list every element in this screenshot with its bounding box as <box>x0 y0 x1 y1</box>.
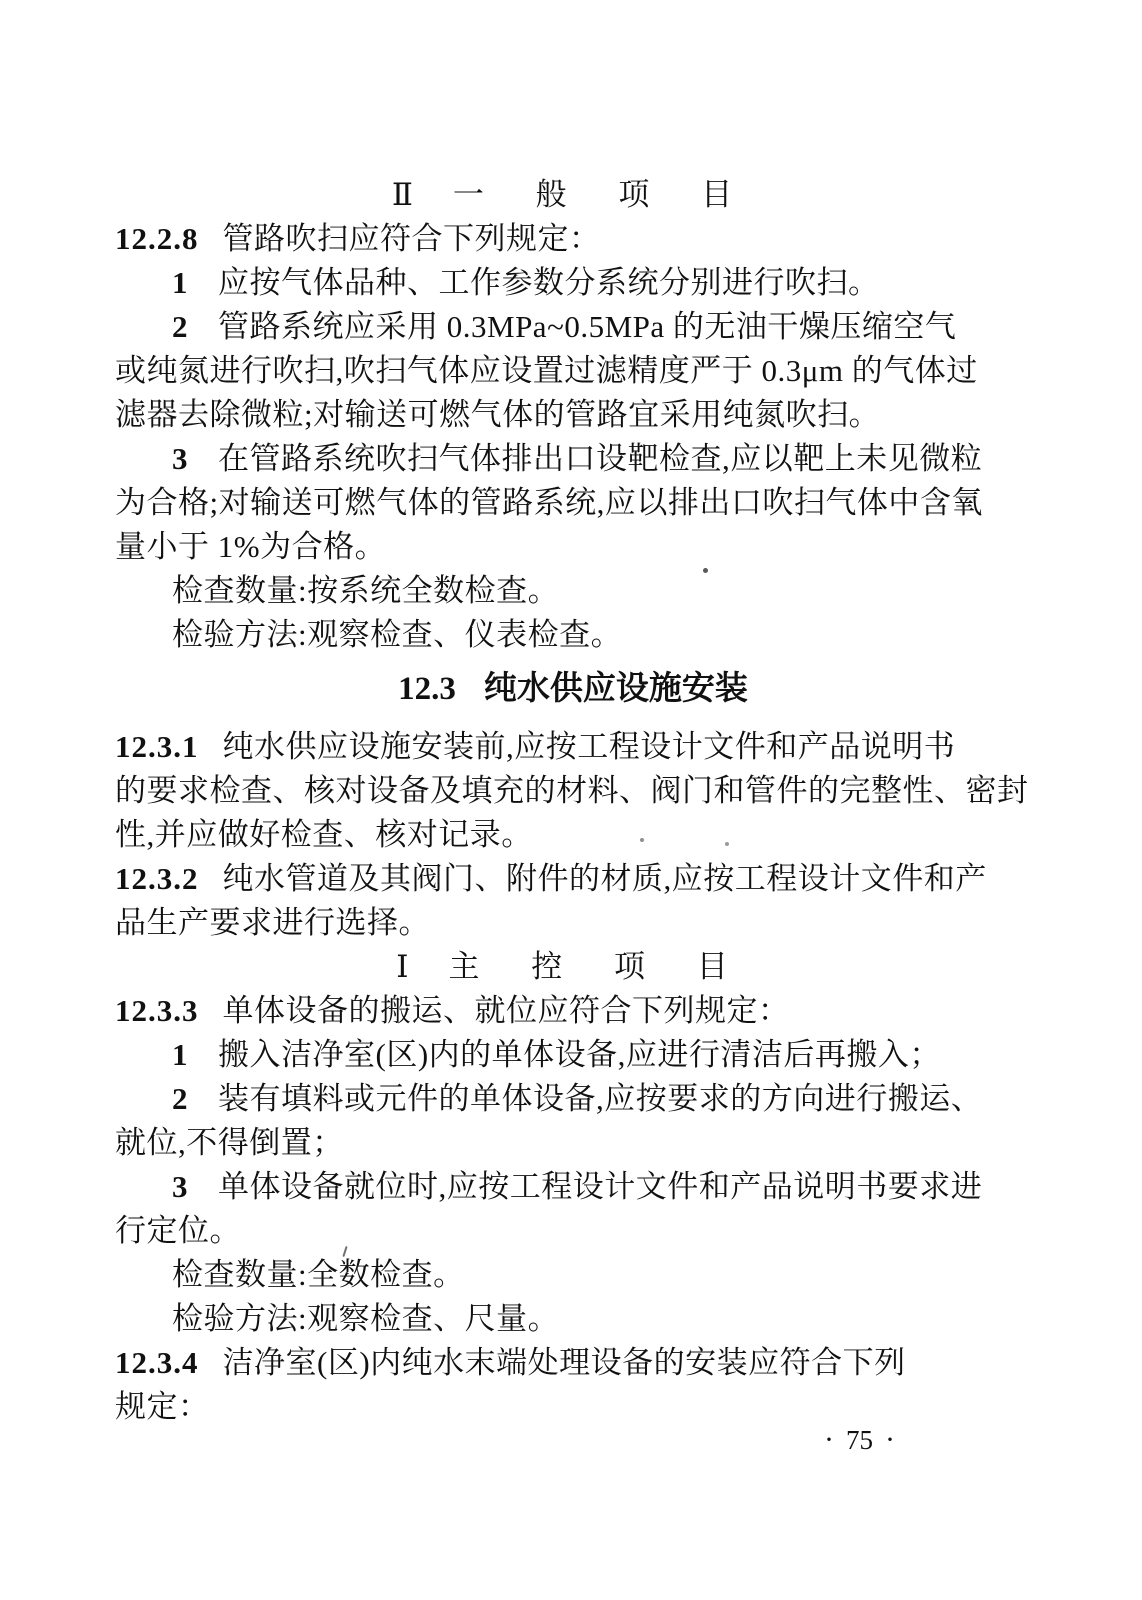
note-text: 检验方法:观察检查、仪表检查。 <box>172 617 622 652</box>
list-item-3: 3在管路系统吹扫气体排出口设靶检查,应以靶上未见微粒 <box>115 437 1031 481</box>
item-number: 2 <box>172 309 188 344</box>
item-number: 2 <box>172 1081 188 1116</box>
scan-artifact-dot <box>703 568 708 573</box>
footer-right-dot: · <box>885 1423 895 1456</box>
clause-text: 管路吹扫应符合下列规定： <box>223 221 601 256</box>
continuation-line: 行定位。 <box>115 1209 1031 1253</box>
item-text: 单体设备就位时,应按工程设计文件和产品说明书要求进 <box>218 1169 982 1204</box>
list-item-2: 2管路系统应采用 0.3MPa~0.5MPa 的无油干燥压缩空气 <box>115 305 1031 349</box>
section-number: 12.3 <box>398 671 456 707</box>
note-check-method: 检验方法:观察检查、尺量。 <box>115 1297 1031 1341</box>
clause-text: 纯水管道及其阀门、附件的材质,应按工程设计文件和产 <box>223 861 987 896</box>
heading-roman-numeral: Ⅱ <box>392 177 413 212</box>
heading-master-items: Ⅰ主 控 项 目 <box>115 945 1031 989</box>
page-number-value: 75 <box>846 1425 873 1455</box>
clause-12-3-1: 12.3.1纯水供应设施安装前,应按工程设计文件和产品说明书 <box>115 725 1031 769</box>
paragraph-text: 行定位。 <box>115 1213 241 1248</box>
continuation-line: 品生产要求进行选择。 <box>115 901 1031 945</box>
page-number: ·75· <box>812 1424 907 1456</box>
note-check-quantity: 检查数量:按系统全数检查。 <box>115 569 1031 613</box>
paragraph-text: 或纯氮进行吹扫,吹扫气体应设置过滤精度严于 0.3μm 的气体过 <box>115 353 978 388</box>
note-text: 检查数量:全数检查。 <box>172 1257 465 1292</box>
note-check-quantity: 检查数量:全数检查。 <box>115 1253 1031 1297</box>
note-text: 检查数量:按系统全数检查。 <box>172 573 559 608</box>
note-text: 检验方法:观察检查、尺量。 <box>172 1301 559 1336</box>
item-text: 应按气体品种、工作参数分系统分别进行吹扫。 <box>218 265 880 300</box>
clause-12-2-8: 12.2.8管路吹扫应符合下列规定： <box>115 217 1031 261</box>
clause-12-3-4: 12.3.4洁净室(区)内纯水末端处理设备的安装应符合下列 <box>115 1341 1031 1385</box>
clause-number: 12.3.3 <box>115 993 199 1028</box>
list-item-1: 1应按气体品种、工作参数分系统分别进行吹扫。 <box>115 261 1031 305</box>
clause-text: 洁净室(区)内纯水末端处理设备的安装应符合下列 <box>223 1345 906 1380</box>
heading-general-items: Ⅱ一 般 项 目 <box>115 173 1031 217</box>
document-page: Ⅱ一 般 项 目 12.2.8管路吹扫应符合下列规定： 1应按气体品种、工作参数… <box>115 173 1031 1429</box>
clause-text: 纯水供应设施安装前,应按工程设计文件和产品说明书 <box>223 729 956 764</box>
continuation-line: 量小于 1%为合格。 <box>115 525 1031 569</box>
continuation-line: 或纯氮进行吹扫,吹扫气体应设置过滤精度严于 0.3μm 的气体过 <box>115 349 1031 393</box>
scan-artifact-dot <box>640 838 644 842</box>
scan-artifact-dot <box>725 842 729 846</box>
clause-12-3-3: 12.3.3单体设备的搬运、就位应符合下列规定： <box>115 989 1031 1033</box>
item-number: 3 <box>172 1169 188 1204</box>
paragraph-text: 滤器去除微粒;对输送可燃气体的管路宜采用纯氮吹扫。 <box>115 397 880 432</box>
paragraph-text: 规定： <box>115 1389 210 1424</box>
paragraph-text: 就位,不得倒置； <box>115 1125 344 1160</box>
continuation-line: 就位,不得倒置； <box>115 1121 1031 1165</box>
list-item-1: 1搬入洁净室(区)内的单体设备,应进行清洁后再搬入； <box>115 1033 1031 1077</box>
clause-12-3-2: 12.3.2纯水管道及其阀门、附件的材质,应按工程设计文件和产 <box>115 857 1031 901</box>
footer-left-dot: · <box>824 1423 834 1456</box>
paragraph-text: 的要求检查、核对设备及填充的材料、阀门和管件的完整性、密封 <box>115 773 1029 808</box>
item-number: 3 <box>172 441 188 476</box>
clause-number: 12.3.4 <box>115 1345 199 1380</box>
list-item-2: 2装有填料或元件的单体设备,应按要求的方向进行搬运、 <box>115 1077 1031 1121</box>
paragraph-text: 量小于 1%为合格。 <box>115 529 386 564</box>
paragraph-text: 品生产要求进行选择。 <box>115 905 430 940</box>
list-item-3: 3单体设备就位时,应按工程设计文件和产品说明书要求进 <box>115 1165 1031 1209</box>
continuation-line: 为合格;对输送可燃气体的管路系统,应以排出口吹扫气体中含氧 <box>115 481 1031 525</box>
continuation-line: 滤器去除微粒;对输送可燃气体的管路宜采用纯氮吹扫。 <box>115 393 1031 437</box>
item-number: 1 <box>172 265 188 300</box>
heading-roman-numeral: Ⅰ <box>396 949 408 984</box>
note-check-method: 检验方法:观察检查、仪表检查。 <box>115 613 1031 657</box>
heading-master-title: 主 控 项 目 <box>449 949 750 984</box>
continuation-line: 性,并应做好检查、核对记录。 <box>115 813 1031 857</box>
item-text: 在管路系统吹扫气体排出口设靶检查,应以靶上未见微粒 <box>218 441 982 476</box>
item-number: 1 <box>172 1037 188 1072</box>
paragraph-text: 性,并应做好检查、核对记录。 <box>115 817 533 852</box>
clause-number: 12.3.1 <box>115 729 199 764</box>
section-title: 纯水供应设施安装 <box>484 671 748 707</box>
paragraph-text: 为合格;对输送可燃气体的管路系统,应以排出口吹扫气体中含氧 <box>115 485 983 520</box>
clause-number: 12.3.2 <box>115 861 199 896</box>
clause-text: 单体设备的搬运、就位应符合下列规定： <box>223 993 790 1028</box>
heading-general-title: 一 般 项 目 <box>453 177 754 212</box>
item-text: 搬入洁净室(区)内的单体设备,应进行清洁后再搬入； <box>218 1037 941 1072</box>
heading-section-12-3: 12.3纯水供应设施安装 <box>115 667 1031 711</box>
continuation-line: 的要求检查、核对设备及填充的材料、阀门和管件的完整性、密封 <box>115 769 1031 813</box>
item-text: 装有填料或元件的单体设备,应按要求的方向进行搬运、 <box>218 1081 982 1116</box>
item-text: 管路系统应采用 0.3MPa~0.5MPa 的无油干燥压缩空气 <box>218 309 956 344</box>
clause-number: 12.2.8 <box>115 221 199 256</box>
